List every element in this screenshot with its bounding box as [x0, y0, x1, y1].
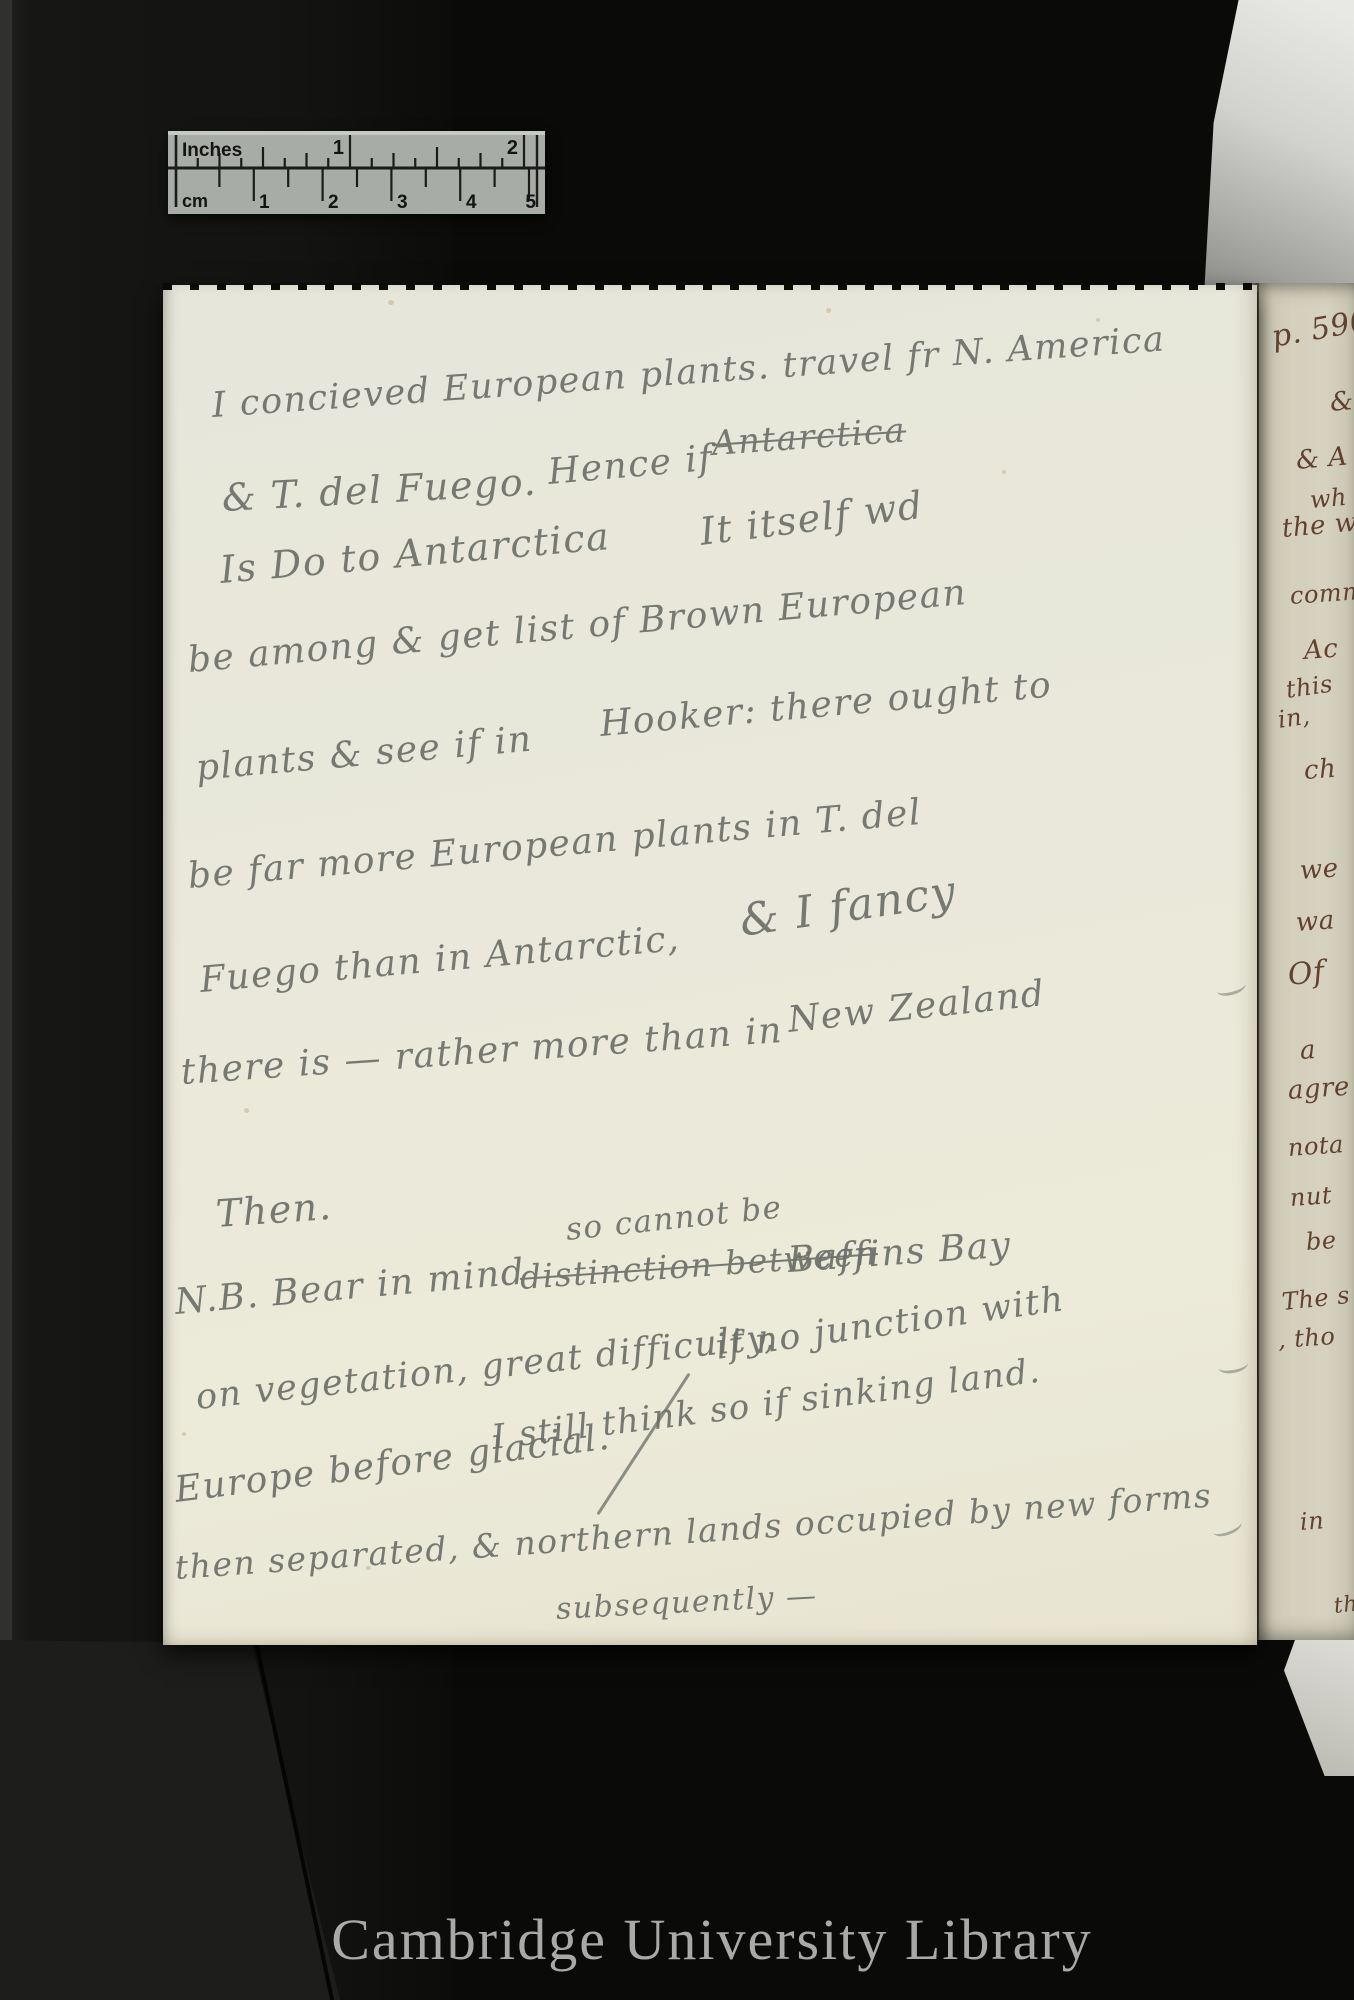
ruler-cm-1: 1 — [259, 192, 270, 213]
ink-fragment: in, — [1276, 702, 1312, 734]
photographed-manuscript: I concieved European plants. travel fr N… — [0, 0, 1354, 2000]
ink-fragment: agre — [1287, 1072, 1351, 1106]
ink-fragment: a — [1299, 1035, 1317, 1066]
backing-paper-top-right — [1198, 0, 1354, 292]
ink-fragment: be — [1305, 1226, 1337, 1256]
ink-fragment: the w — [1281, 507, 1354, 543]
deckled-top-edge — [163, 283, 1257, 290]
ink-fragment: Of — [1286, 954, 1326, 993]
ruler-inch-2: 2 — [507, 137, 518, 159]
ink-fragment: comm — [1289, 577, 1354, 610]
ink-fragment: & — [1329, 386, 1354, 418]
ink-fragment: , tho — [1277, 1322, 1336, 1354]
foxing-spot — [1096, 318, 1100, 322]
ruler-cm-4: 4 — [466, 192, 477, 213]
foxing-spot — [388, 300, 394, 305]
backing-paper-bottom-right — [1284, 1616, 1354, 1776]
foxing-spot — [182, 1432, 186, 1436]
ink-fragment: nota — [1287, 1130, 1345, 1162]
foxing-spot — [826, 308, 831, 313]
ruler-cm-5: 5 — [525, 192, 536, 213]
foxing-spot — [1002, 470, 1006, 474]
ink-fragment: & A — [1295, 442, 1349, 476]
ink-fragment: th — [1333, 1592, 1354, 1619]
ink-fragment: in — [1299, 1506, 1325, 1536]
photographic-scale-ruler: Inches 1 2 cm 1 2 3 4 5 — [168, 131, 545, 214]
ruler-cm-3: 3 — [397, 192, 408, 213]
handwriting-line: Then. — [214, 1184, 333, 1236]
ruler-top-highlight — [168, 131, 545, 135]
ruler-cm-label: cm — [182, 191, 208, 211]
foxing-spot — [244, 1108, 249, 1113]
ink-fragment: wa — [1295, 905, 1336, 938]
ruler-inch-1: 1 — [333, 137, 344, 159]
ink-fragment: Ac — [1303, 634, 1339, 666]
ruler-cm-2: 2 — [328, 192, 339, 213]
ink-fragment: nut — [1289, 1181, 1333, 1212]
library-watermark: Cambridge University Library — [0, 1906, 1354, 1973]
ink-fragment: we — [1299, 853, 1340, 886]
ink-fragment: ch — [1303, 754, 1337, 786]
ruler-inches-label: Inches — [182, 140, 242, 161]
